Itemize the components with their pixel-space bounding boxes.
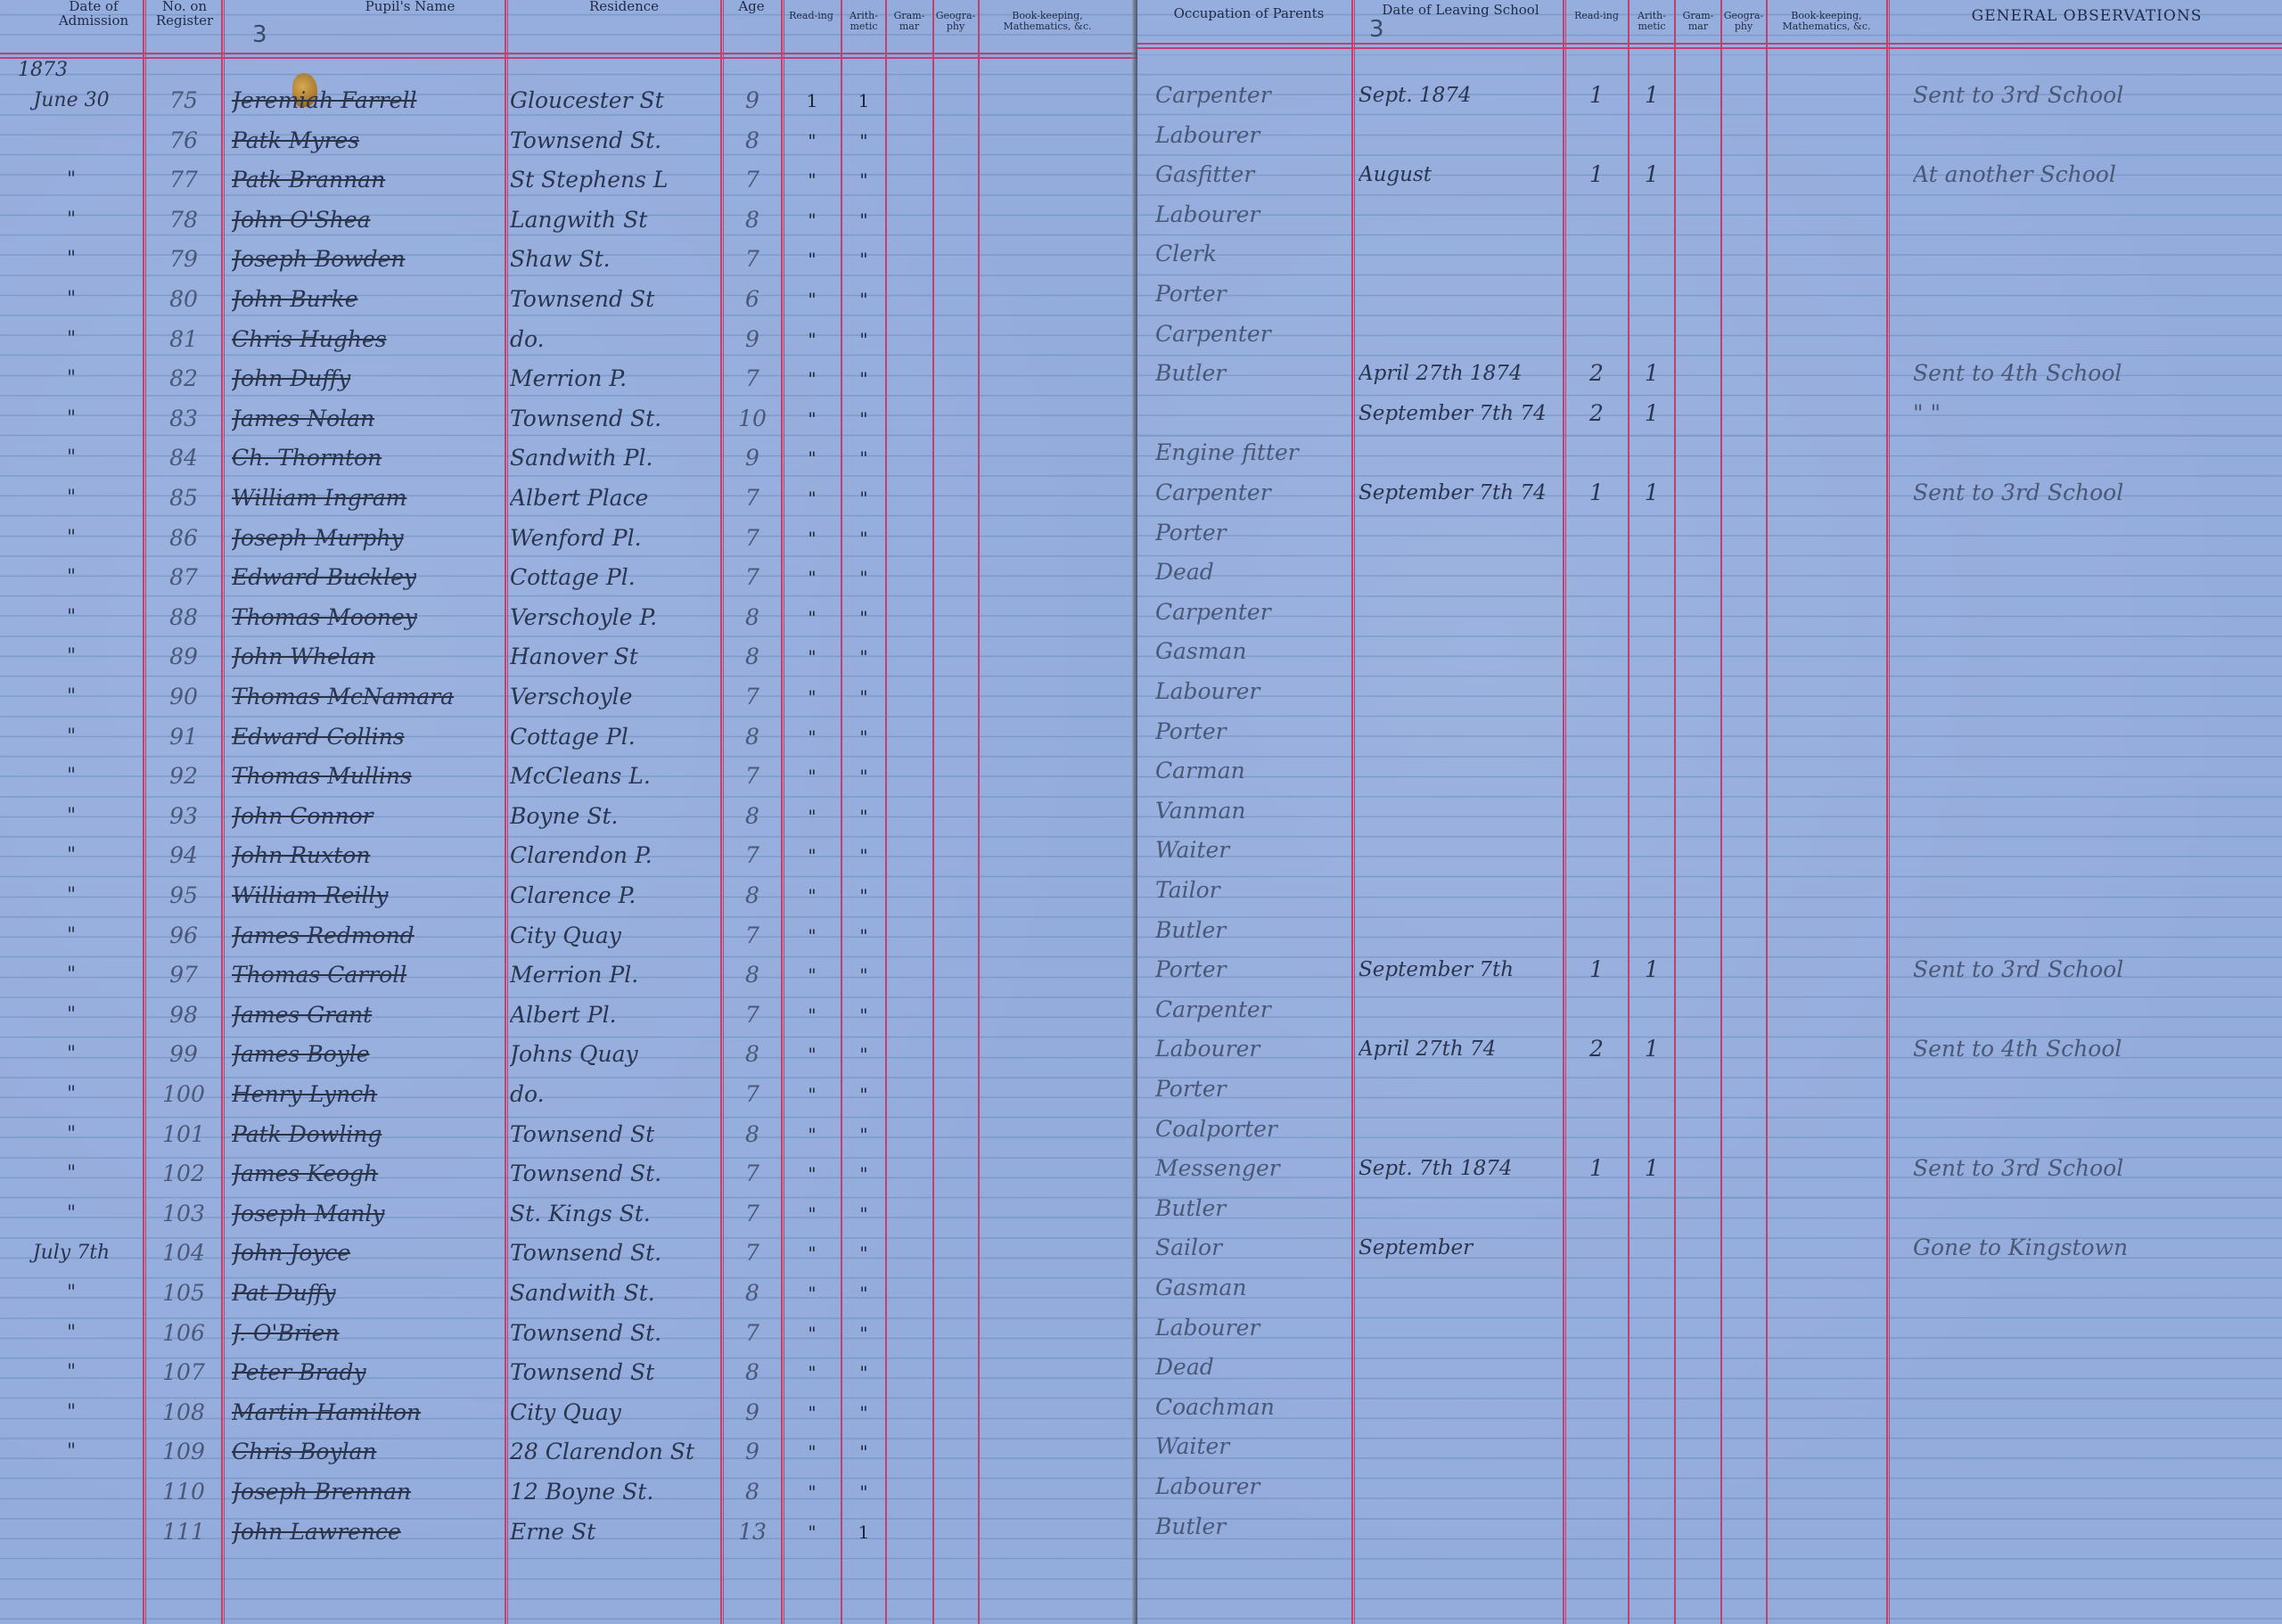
leaving-arithmetic-mark xyxy=(1630,1501,1673,1553)
header-date-leaving: Date of Leaving School xyxy=(1360,4,1561,18)
arithmetic-mark: 1 xyxy=(843,1506,884,1558)
parent-occupation: Butler xyxy=(1155,1501,1351,1553)
header-age: Age xyxy=(724,0,779,14)
header-occupation: Occupation of Parents xyxy=(1146,7,1351,21)
header-pupils-name: Pupil's Name xyxy=(312,0,508,14)
header-date-of-admission: Date of Admission xyxy=(45,0,143,29)
table-row: Butler xyxy=(1137,1501,2282,1553)
age: 13 xyxy=(724,1506,781,1558)
date-of-leaving xyxy=(1359,1501,1562,1553)
header-reading: Read-ing xyxy=(1567,11,1626,21)
header-arithmetic: Arith-metic xyxy=(1630,11,1673,31)
leaving-reading-mark xyxy=(1567,1501,1626,1553)
header-rule xyxy=(1137,43,2282,49)
register-number: 111 xyxy=(146,1506,221,1558)
header-grammar: Gram-mar xyxy=(888,11,931,31)
header-residence: Residence xyxy=(535,0,713,14)
general-observation xyxy=(1913,1501,2270,1553)
pupil-name: John Lawrence xyxy=(232,1506,505,1558)
header-grammar: Gram-mar xyxy=(1677,11,1720,31)
residence: Erne St xyxy=(510,1506,720,1558)
header-geography: Geogra-phy xyxy=(935,11,976,31)
header-reading: Read-ing xyxy=(784,11,838,21)
header-bookkeeping: Book-keeping, Mathematics, &c. xyxy=(981,11,1114,31)
reading-mark: " xyxy=(784,1506,840,1558)
left-page: Date of Admission No. on Register Pupil'… xyxy=(0,0,1137,1624)
header-arithmetic: Arith-metic xyxy=(843,11,884,31)
header-bookkeeping: Book-keeping, Mathematics, &c. xyxy=(1769,11,1884,31)
pencil-mark: 3 xyxy=(252,21,267,48)
header-general-observations: GENERAL OBSERVATIONS xyxy=(1895,9,2278,25)
header-no-on-register: No. on Register xyxy=(150,0,219,29)
pencil-mark: 3 xyxy=(1369,16,1384,43)
header-geography: Geogra-phy xyxy=(1723,11,1764,31)
table-row: 111John LawrenceErne St13"1 xyxy=(0,1506,1132,1558)
right-page: Occupation of Parents Date of Leaving Sc… xyxy=(1137,0,2282,1624)
admission-date xyxy=(0,1506,143,1558)
header-rule xyxy=(0,53,1137,59)
